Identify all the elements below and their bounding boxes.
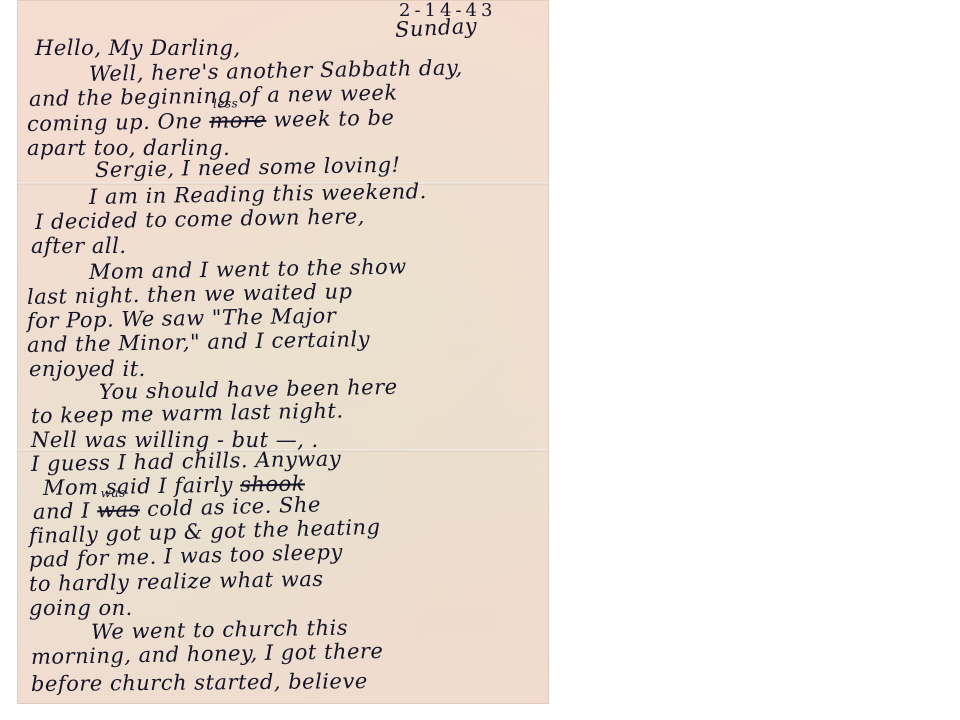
letter-line-7: I decided to come down here, (35, 204, 365, 234)
letter-day: Sunday (394, 14, 477, 42)
letter-line-12: and the Minor," and I certainly (27, 327, 370, 357)
letter-line-1: Well, here's another Sabbath day, (89, 55, 463, 86)
struck-word: waswas (97, 497, 140, 522)
letter-line-25: morning, and honey, I got there (31, 639, 384, 669)
letter-line-3: coming up. One moreless week to be (27, 106, 395, 136)
letter-line-13: enjoyed it. (29, 357, 146, 381)
inserted-word: was (100, 486, 125, 501)
inserted-word: less (213, 96, 239, 110)
letter-page: 2-14-43 Sunday Hello, My Darling, Well, … (17, 0, 549, 704)
letter-salutation: Hello, My Darling, (35, 36, 241, 60)
letter-line-26: before church started, believe (31, 669, 368, 696)
struck-word: moreless (209, 108, 266, 133)
document-viewport: 2-14-43 Sunday Hello, My Darling, Well, … (0, 0, 960, 720)
letter-line-6: I am in Reading this weekend. (89, 179, 427, 209)
letter-line-9: Mom and I went to the show (89, 254, 407, 284)
letter-line-15: to keep me warm last night. (31, 399, 344, 428)
letter-line-23: going on. (29, 596, 133, 620)
letter-line-5: Sergie, I need some loving! (95, 153, 401, 182)
letter-line-8: after all. (31, 234, 127, 258)
letter-line-22: to hardly realize what was (29, 567, 324, 596)
